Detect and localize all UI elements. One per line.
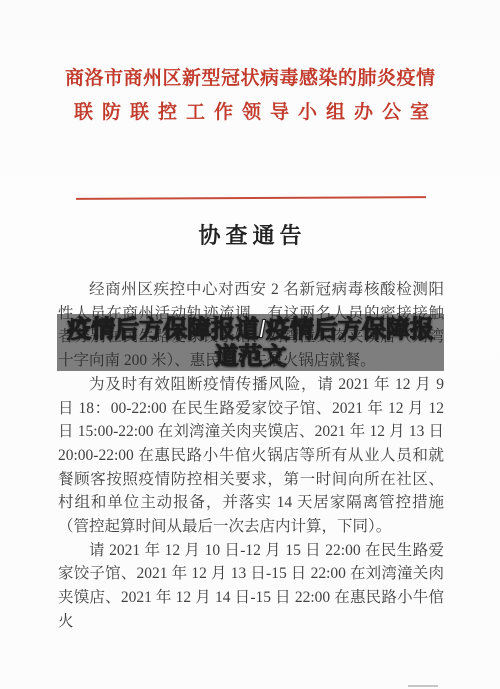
caption-line-2: 道范文 [215, 343, 287, 370]
notice-title: 协查通告 [0, 219, 500, 250]
notice-paragraph-3: 请 2021 年 12 月 10 日-12 月 15 日 22:00 在民生路爱… [58, 539, 444, 634]
caption-line-1: 疫情后方保障报道/疫情后方保障报 [67, 316, 434, 343]
red-divider-line [76, 196, 426, 200]
letterhead-line-2: 联防联控工作领导小组办公室 [65, 96, 435, 130]
notice-paragraph-2: 为及时有效阻断疫情传播风险，请 2021 年 12 月 9 日 18：00-22… [58, 373, 444, 539]
letterhead-line-1: 商洛市商州区新型冠状病毒感染的肺炎疫情 [65, 62, 435, 96]
caption-overlay-banner: 疫情后方保障报道/疫情后方保障报 道范文 [57, 314, 444, 371]
document-page: 商洛市商州区新型冠状病毒感染的肺炎疫情 联防联控工作领导小组办公室 协查通告 经… [0, 0, 500, 689]
letterhead: 商洛市商州区新型冠状病毒感染的肺炎疫情 联防联控工作领导小组办公室 [65, 62, 435, 130]
photo-edge-artifact [408, 685, 438, 687]
